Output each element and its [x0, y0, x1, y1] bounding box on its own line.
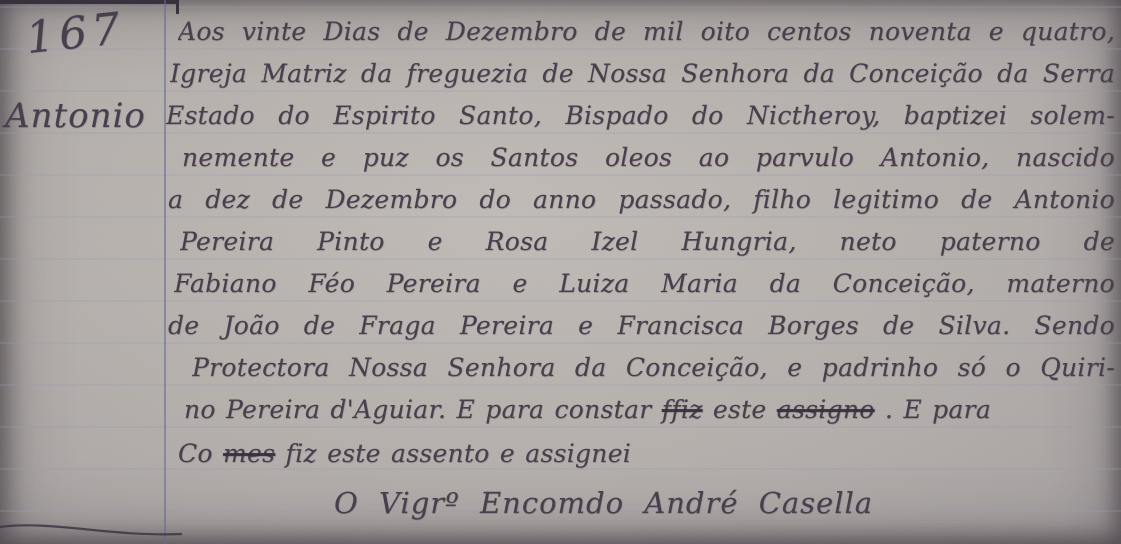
line-10-text: este	[703, 395, 777, 424]
handwritten-line-7: Fabiano Féo Pereira e Luiza Maria da Con…	[174, 264, 1115, 304]
handwritten-line-9: Protectora Nossa Senhora da Conceição, e…	[192, 348, 1115, 388]
pen-flourish-stroke	[0, 518, 185, 544]
handwritten-line-1: Aos vinte Dias de Dezembro de mil oito c…	[178, 12, 1115, 52]
handwritten-line-10: no Pereira d'Aguiar. E para constar ffiz…	[184, 390, 991, 430]
margin-top-border-line	[0, 0, 179, 4]
margin-vertical-rule	[164, 0, 166, 544]
priest-signature: O Vigrº Encomdo André Casella	[334, 486, 873, 520]
entry-name: Antonio	[5, 96, 146, 136]
handwritten-line-4: nemente e puz os Santos oleos ao parvulo…	[182, 138, 1115, 178]
line-11-text: fiz este assento e assignei	[275, 439, 631, 468]
handwritten-line-11: Co mes fiz este assento e assignei	[178, 434, 631, 474]
line-10-struck-word: assigno	[777, 395, 875, 424]
line-11-text: Co	[178, 439, 223, 468]
handwritten-line-8: de João de Fraga Pereira e Francisca Bor…	[168, 306, 1115, 346]
line-10-text: . E para	[875, 395, 992, 424]
handwritten-line-5: a dez de Dezembro do anno passado, filho…	[168, 180, 1115, 220]
line-10-text: no Pereira d'Aguiar. E para constar	[184, 395, 662, 424]
record-page: 167 Antonio Aos vinte Dias de Dezembro d…	[0, 0, 1121, 544]
handwritten-line-3: Estado do Espirito Santo, Bispado do Nic…	[166, 96, 1115, 136]
entry-number: 167	[24, 3, 128, 64]
line-11-struck-word: mes	[223, 439, 275, 468]
handwritten-line-2: Igreja Matriz da freguezia de Nossa Senh…	[170, 54, 1115, 94]
handwritten-line-6: Pereira Pinto e Rosa Izel Hungria, neto …	[180, 222, 1115, 262]
line-10-struck-word: ffiz	[662, 395, 703, 424]
